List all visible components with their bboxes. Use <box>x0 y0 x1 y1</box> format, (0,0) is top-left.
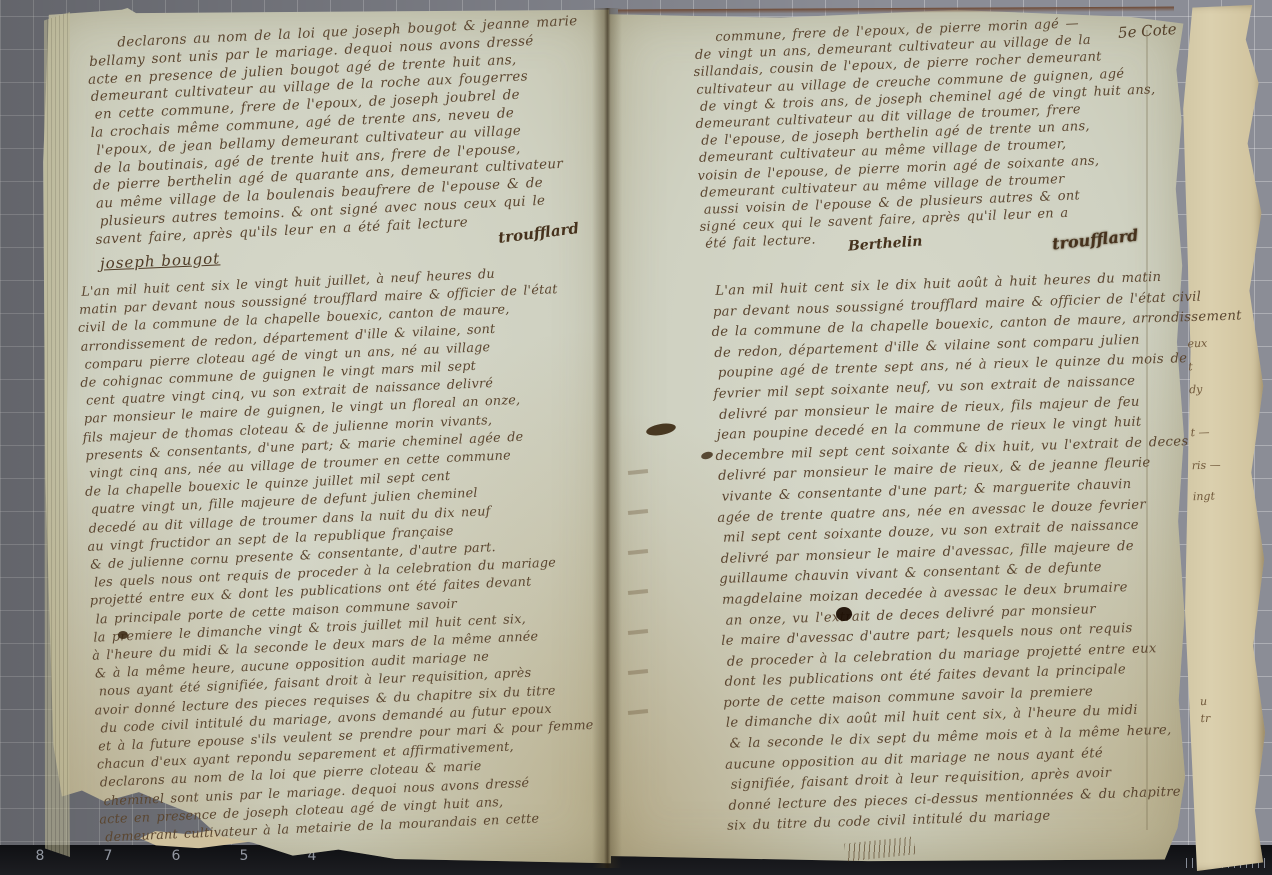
ruler-number: 7 <box>74 848 142 864</box>
bleed-mark <box>628 549 648 555</box>
back-page-text-fragments: euxtdyt —ris —ingtutr <box>1187 335 1270 725</box>
bleed-mark <box>628 469 648 475</box>
right-page-continuation-paragraph: commune, frere de l'epoux, de pierre mor… <box>694 12 1172 254</box>
bleed-mark <box>628 709 648 715</box>
text-fragment: t <box>1188 358 1258 373</box>
text-fragment: dy <box>1189 381 1259 396</box>
bleed-mark <box>628 589 648 595</box>
text-fragment: ris — <box>1192 457 1262 472</box>
left-page-continuation-paragraph: declarons au nom de la loi que joseph bo… <box>88 12 617 250</box>
ink-blot <box>836 607 852 621</box>
ruler-number: 6 <box>142 848 210 864</box>
bleed-mark <box>628 629 648 635</box>
text-fragment: eux <box>1187 335 1257 350</box>
bound-page-stack-edge <box>44 12 70 857</box>
text-fragment: ingt <box>1193 488 1263 503</box>
text-fragment: tr <box>1200 710 1270 725</box>
left-page-marriage-act-paragraph: L'an mil huit cent six le vingt huit jui… <box>78 261 634 848</box>
ink-bleed-through-marks <box>628 470 648 750</box>
text-fragment: u <box>1200 693 1270 708</box>
ink-blot <box>118 631 128 639</box>
bleed-mark <box>628 669 648 675</box>
bleed-mark <box>628 509 648 515</box>
manuscript-photo-scene: 87654 9 declarons au nom de la loi que j… <box>0 0 1272 875</box>
ruler-number: 5 <box>210 848 278 864</box>
text-fragment: t — <box>1190 424 1260 439</box>
right-page-marriage-act-paragraph: L'an mil huit cent six le dix huit août … <box>712 267 1191 837</box>
